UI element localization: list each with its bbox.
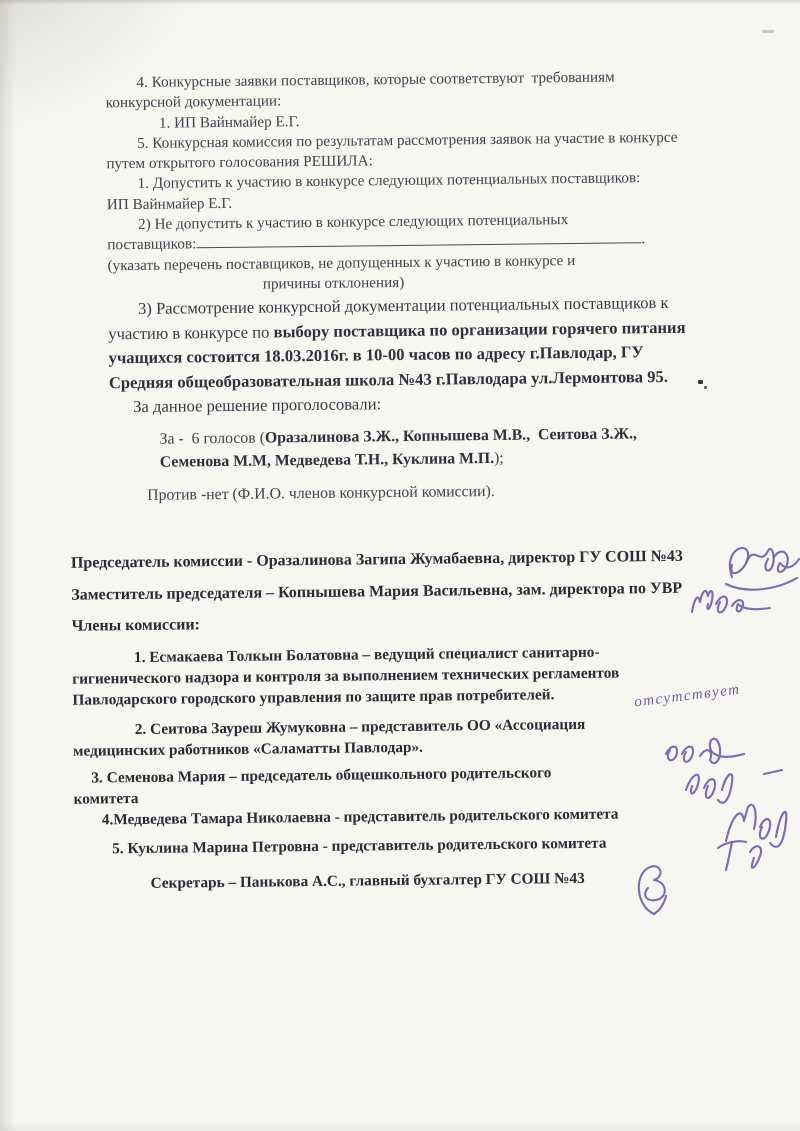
doc-text: поставщиков:: [107, 236, 196, 254]
doc-text: За - 6 голосов (: [159, 430, 265, 448]
resolution-section: 3) Рассмотрение конкурсной документации …: [108, 290, 754, 420]
officials-section: Председатель комиссии - Оразалинова Заги…: [71, 545, 772, 647]
members-heading: Члены комиссии:: [72, 608, 772, 637]
doc-text-bold: выбору поставщика по организации горячег…: [273, 317, 685, 341]
member5-line: 5. Куклина Марина Петровна - представите…: [74, 832, 754, 861]
doc-text-bold: Оразалинова З.Ж., Копнышева М.В., Сеитов…: [265, 425, 637, 446]
doc-text-bold: Семенова М.М, Медведева Т.Н., Куклина М.…: [160, 450, 495, 471]
doc-text: );: [494, 450, 504, 467]
scan-smudge: [762, 30, 774, 33]
blank-underline: [196, 240, 641, 249]
deputy-line: Заместитель председателя – Копнышева Мар…: [71, 576, 771, 605]
members-section: 1. Есмакаева Толкын Болатовна – ведущий …: [72, 641, 755, 896]
chairman-line: Председатель комиссии - Оразалинова Заги…: [71, 545, 771, 574]
secretary-line: Секретарь – Панькова А.С., главный бухга…: [74, 867, 754, 896]
document-text-layer: 4. Конкурсные заявки поставщиков, которы…: [0, 0, 800, 1131]
vote-against-line: Против -нет (Ф.И.О. членов конкурсной ко…: [147, 478, 720, 507]
scan-speck: [704, 386, 707, 389]
scan-speck: [698, 380, 703, 384]
voting-section: За - 6 голосов (Оразалинова З.Ж., Копныш…: [159, 422, 720, 507]
scanned-protocol-page: 4. Конкурсные заявки поставщиков, которы…: [0, 0, 800, 1131]
clauses-section: 4. Конкурсные заявки поставщиков, которы…: [105, 66, 747, 297]
doc-text: участию в конкурсе по: [108, 322, 273, 343]
doc-text: .: [641, 231, 645, 248]
